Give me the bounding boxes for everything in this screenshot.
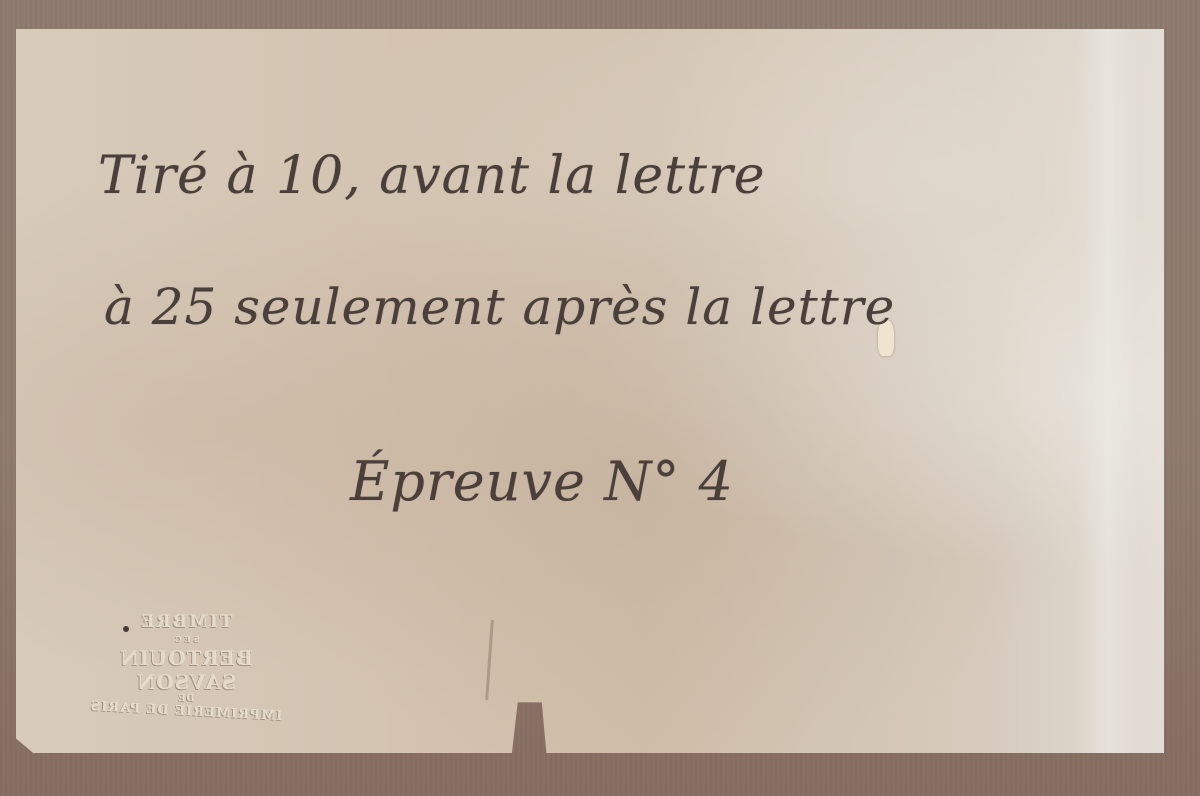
handwriting-line-3: Épreuve N° 4 xyxy=(350,450,734,513)
paper-fold xyxy=(1078,29,1138,753)
stamp-line-3: BERTOUIN SAVSON xyxy=(86,646,286,694)
handwriting-line-1: Tiré à 10, avant la lettre xyxy=(98,146,766,206)
embossed-stamp: TIMBRE SEC BERTOUIN SAVSON DE IMPRIMERIE… xyxy=(86,612,286,719)
stamp-line-2: SEC xyxy=(86,634,286,644)
stamp-line-1: TIMBRE xyxy=(86,612,286,632)
handwriting-line-2: à 25 seulement après la lettre xyxy=(104,278,895,336)
